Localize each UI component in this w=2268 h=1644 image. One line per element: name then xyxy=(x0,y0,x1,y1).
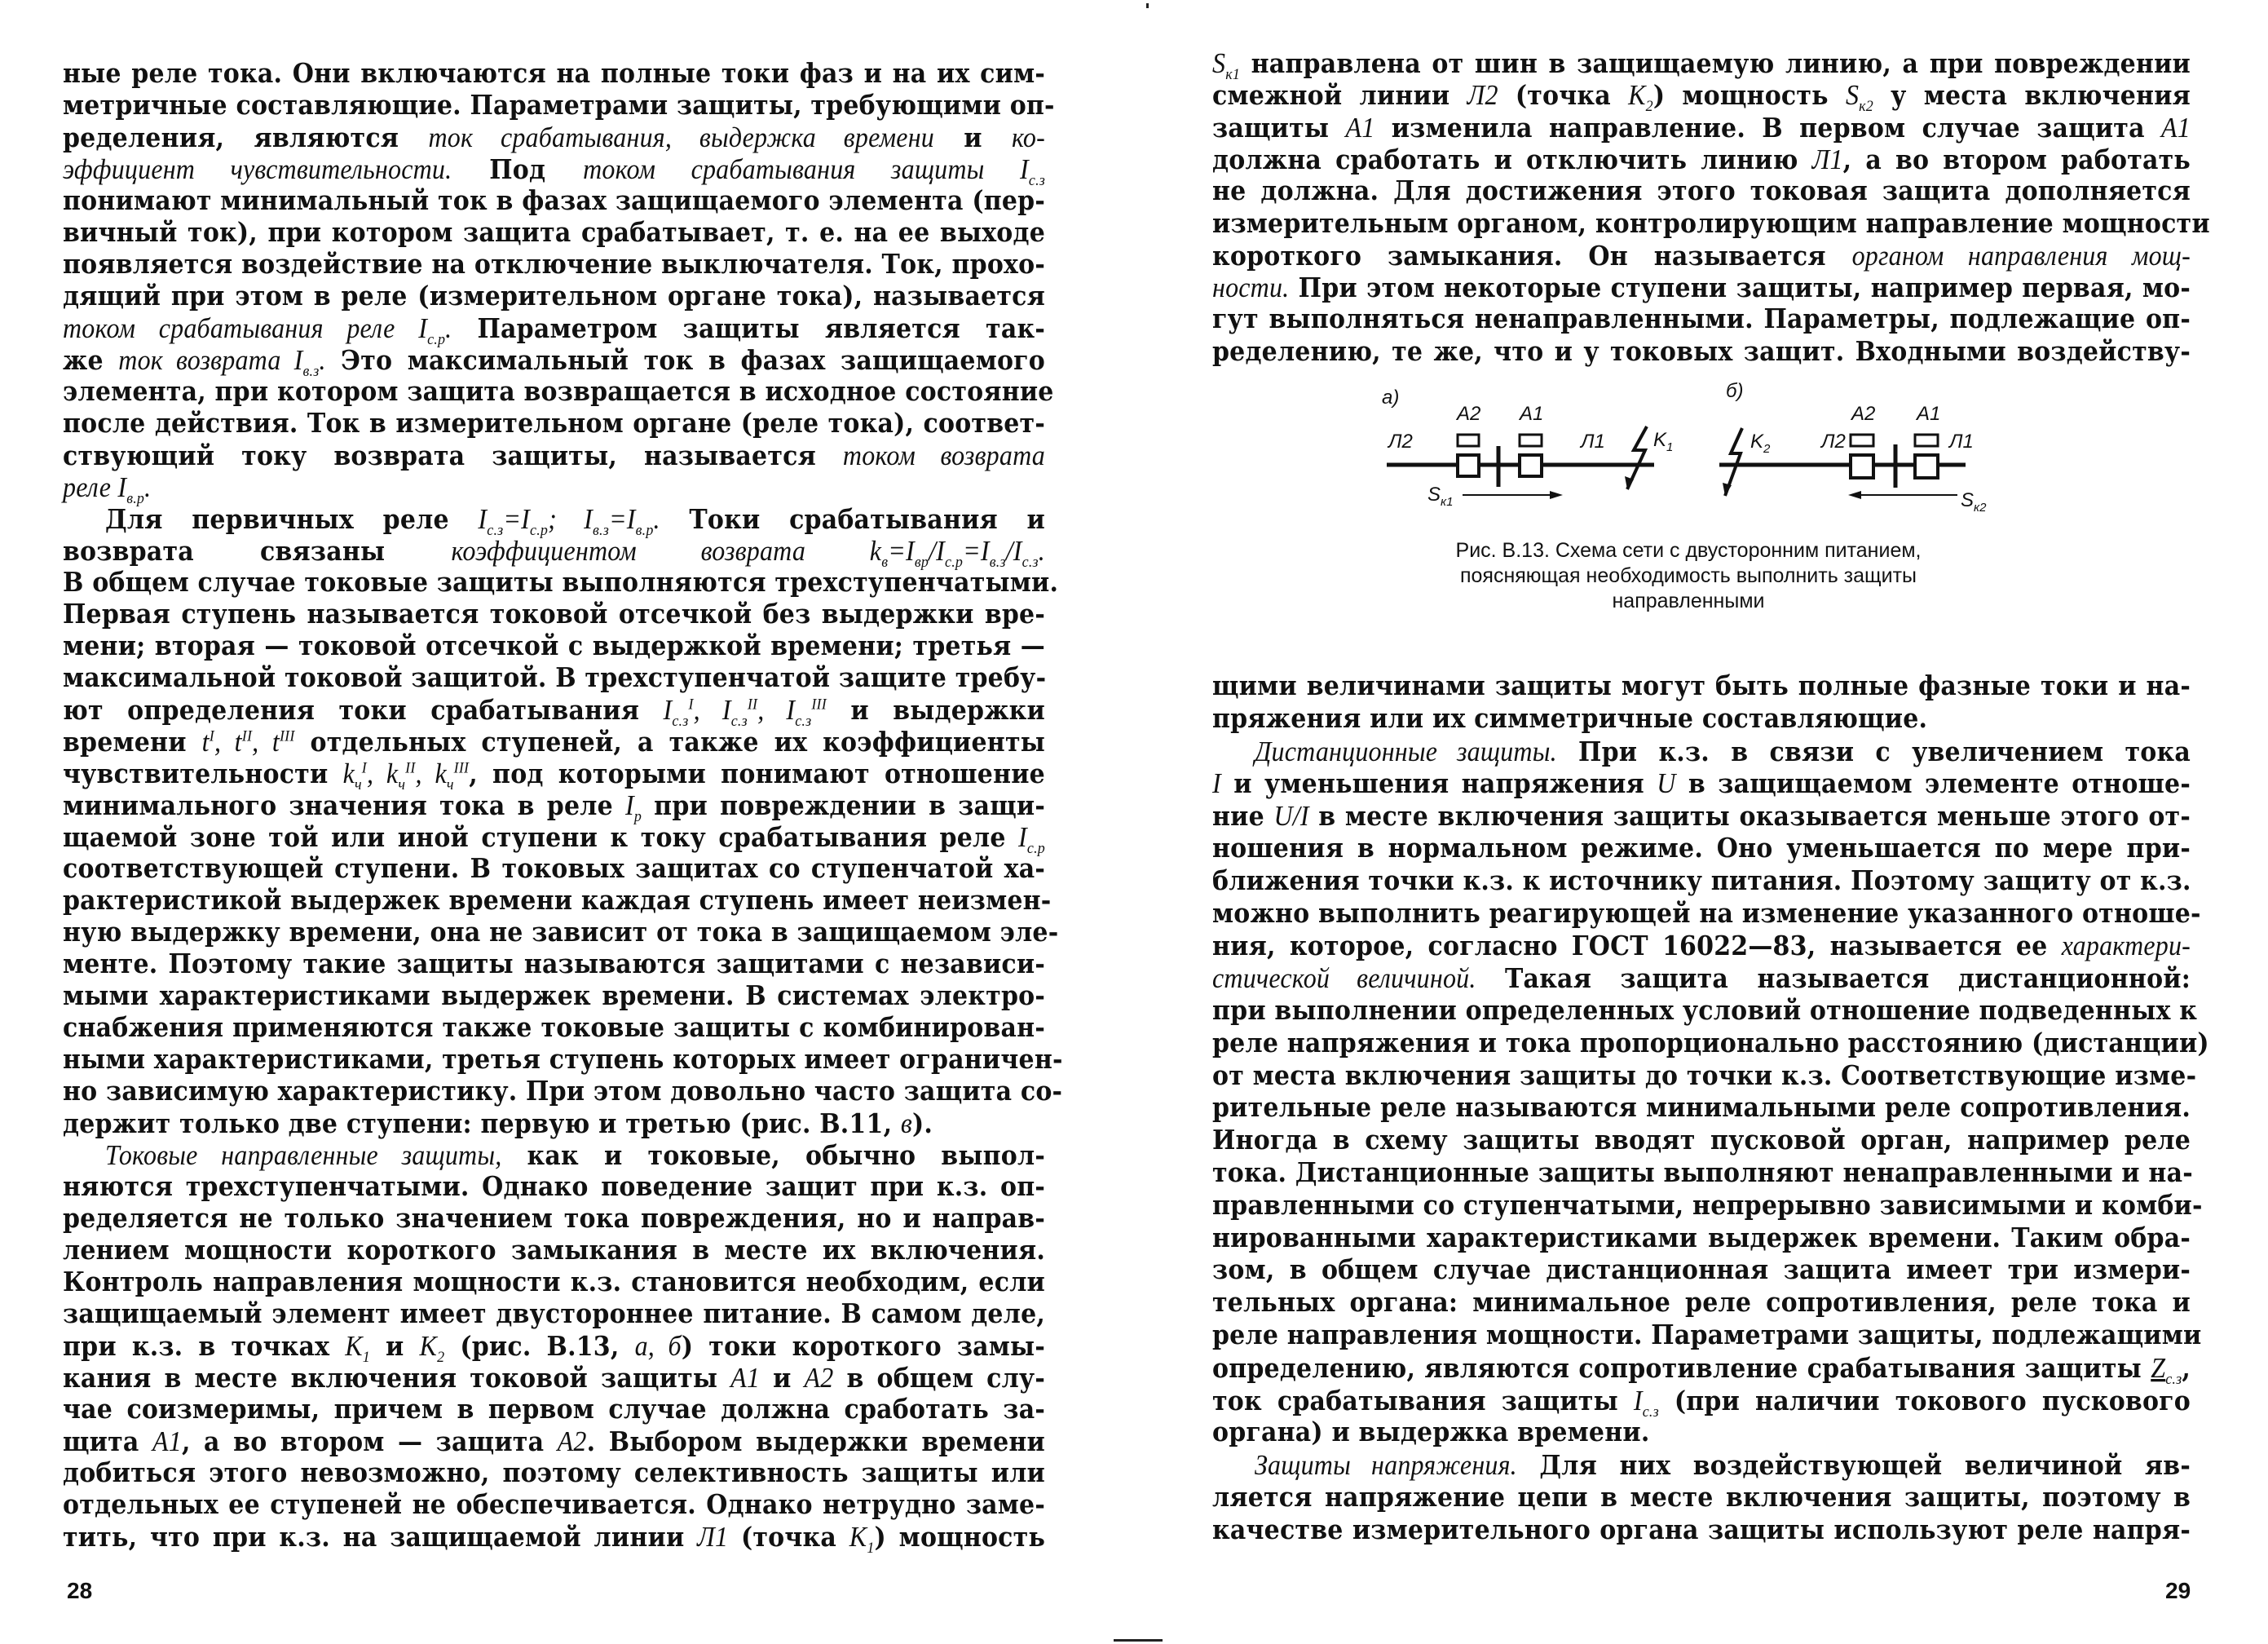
power-sk1-symbol: S xyxy=(1427,484,1441,506)
text-line: нированными характеристиками выдержек вр… xyxy=(1212,1221,2191,1255)
text-line: Защиты напряжения. Для них воздействующе… xyxy=(1212,1448,2191,1483)
caption-line-3: направленными xyxy=(1387,589,1990,614)
panel-a-power-sk1-label: Sк1 xyxy=(1427,484,1453,506)
fault-k1-symbol: K xyxy=(1653,429,1666,451)
text-line: ние U/I в месте включения защиты оказыва… xyxy=(1212,799,2191,833)
text-line: ности. При этом некоторые ступени защиты… xyxy=(1212,271,2191,305)
text-line: ределяется не только значением тока повр… xyxy=(63,1201,1045,1235)
text-line: снабжения применяются также токовые защи… xyxy=(63,1010,1045,1045)
text-line: мени; вторая — токовой отсечкой с выдерж… xyxy=(63,629,1045,663)
text-line: правленными со ступенчатыми, непрерывно … xyxy=(1212,1188,2191,1222)
gutter-mark-bottom xyxy=(1114,1639,1163,1642)
text-line: ния, которое, согласно ГОСТ 16022—83, на… xyxy=(1212,929,2191,963)
text-line: ношения в нормальном режиме. Оно уменьша… xyxy=(1212,831,2191,865)
text-line: тить, что при к.з. на защищаемой линии Л… xyxy=(63,1519,1045,1553)
text-line: соответствующей ступени. В токовых защит… xyxy=(63,851,1045,886)
panel-b-relay-a2-label: A2 xyxy=(1851,403,1875,426)
text-line: тока. Дистанционные защиты выполняют нен… xyxy=(1212,1156,2191,1190)
text-line: от места включения защиты до точки к.з. … xyxy=(1212,1058,2191,1093)
power-sk1-subscript: к1 xyxy=(1441,495,1453,509)
power-sk2-subscript: к2 xyxy=(1974,501,1986,515)
text-line: держит только две ступени: первую и трет… xyxy=(63,1106,1045,1140)
text-line: после действия. Ток в измерительном орга… xyxy=(63,406,1045,440)
text-line: ток срабатывания защиты Iс.з (при наличи… xyxy=(1212,1383,2191,1417)
text-line: защиты A1 изменила направление. В первом… xyxy=(1212,110,2191,144)
text-line: эффициент чувствительности. Под током ср… xyxy=(63,152,1045,186)
text-line: рактеристикой выдержек времени каждая ст… xyxy=(63,883,1045,917)
fault-k1-subscript: 1 xyxy=(1666,440,1673,454)
text-line: чае соизмеримы, причем в первом случае д… xyxy=(63,1392,1045,1426)
fault-k2-subscript: 2 xyxy=(1763,442,1770,456)
text-line: защищаемый элемент имеет двустороннее пи… xyxy=(63,1297,1045,1331)
text-line: максимальной токовой защитой. В трехступ… xyxy=(63,661,1045,695)
text-line: ные реле тока. Они включаются на полные … xyxy=(63,56,1045,91)
text-line: пряжения или их симметричные составляющи… xyxy=(1212,701,2191,736)
text-line: ляется напряжение цепи в месте включения… xyxy=(1212,1480,2191,1514)
text-line: Иногда в схему защиты вводят пусковой ор… xyxy=(1212,1124,2191,1158)
panel-b-power-sk2-label: Sк2 xyxy=(1961,489,1986,512)
power-sk2-symbol: S xyxy=(1961,489,1974,511)
panel-a-relay-a2-label: A2 xyxy=(1457,403,1480,426)
text-line: ределения, являются ток срабатывания, вы… xyxy=(63,120,1045,154)
text-line: элемента, при котором защита возвращаетс… xyxy=(63,374,1045,409)
caption-line-1: Рис. В.13. Схема сети с двусторонним пит… xyxy=(1387,538,1990,563)
text-line: няются трехступенчатыми. Однако поведени… xyxy=(63,1169,1045,1204)
text-line: стической величиной. Такая защита называ… xyxy=(1212,961,2191,996)
right-page-body-text-bottom: щими величинами защиты могут быть полные… xyxy=(1212,670,2191,1567)
text-line: понимают минимальный ток в фазах защищае… xyxy=(63,183,1045,218)
text-line: короткого замыкания. Он называется орган… xyxy=(1212,238,2191,272)
text-line: ными характеристиками, третья ступень ко… xyxy=(63,1042,1045,1076)
text-line: реле Iв.р. xyxy=(63,470,1045,504)
text-line: тельных органа: минимальное реле сопроти… xyxy=(1212,1286,2191,1320)
text-line: измерительным органом, контролирующим на… xyxy=(1212,206,2191,241)
text-line: вичный ток), при котором защита срабатыв… xyxy=(63,215,1045,250)
panel-b-fault-k2-label: K2 xyxy=(1750,431,1770,453)
fault-k2-symbol: K xyxy=(1750,431,1763,453)
text-line: кания в месте включения токовой защиты A… xyxy=(63,1360,1045,1394)
text-line: Первая ступень называется токовой отсечк… xyxy=(63,597,1045,631)
text-line: определению, являются сопротивление сраб… xyxy=(1212,1350,2191,1385)
text-line: током срабатывания реле Iс.р. Параметром… xyxy=(63,311,1045,345)
text-line: не должна. Для достижения этого токовая … xyxy=(1212,175,2191,209)
text-line: реле напряжения и тока пропорционально р… xyxy=(1212,1026,2191,1060)
text-line: органа) и выдержка времени. xyxy=(1212,1416,2191,1450)
right-page-body-text-top: Sк1 направлена от шин в защищаемую линию… xyxy=(1212,47,2191,373)
text-line: Контроль направления мощности к.з. стано… xyxy=(63,1265,1045,1299)
panel-b-line-l1-label: Л1 xyxy=(1949,431,1974,453)
figure-b13-caption: Рис. В.13. Схема сети с двусторонним пит… xyxy=(1387,538,1990,614)
panel-b-line-l2-label: Л2 xyxy=(1821,431,1846,453)
text-line: щита A1, а во втором — защита A2. Выборо… xyxy=(63,1424,1045,1458)
gutter-mark-top xyxy=(1146,3,1149,8)
text-line: добиться этого невозможно, поэтому селек… xyxy=(63,1456,1045,1490)
text-line: Токовые направленные защиты, как и токов… xyxy=(63,1138,1045,1172)
text-line: ближения точки к.з. к источнику питания.… xyxy=(1212,864,2191,898)
text-line: гут выполняться ненаправленными. Парамет… xyxy=(1212,303,2191,337)
text-line: щаемой зоне той или иной ступени к току … xyxy=(63,820,1045,854)
text-line: ную выдержку времени, она не зависит от … xyxy=(63,915,1045,949)
text-line: дящий при этом в реле (измерительном орг… xyxy=(63,279,1045,313)
text-line: возврата связаны коэффициентом возврата … xyxy=(63,533,1045,568)
text-line: отдельных ее ступеней не обеспечивается.… xyxy=(63,1487,1045,1522)
text-line: щими величинами защиты могут быть полные… xyxy=(1212,669,2191,703)
text-line: лением мощности короткого замыкания в ме… xyxy=(63,1233,1045,1267)
text-line: появляется воздействие на отключение вык… xyxy=(63,247,1045,281)
text-line: при выполнении определенных условий отно… xyxy=(1212,993,2191,1027)
page-number-right: 29 xyxy=(2165,1578,2191,1604)
panel-a-relay-a1-label: A1 xyxy=(1520,403,1543,426)
left-page-body-text: ные реле тока. Они включаются на полные … xyxy=(63,58,1045,1558)
text-line: В общем случае токовые защиты выполняютс… xyxy=(63,565,1045,599)
text-line: можно выполнить реагирующей на изменение… xyxy=(1212,896,2191,930)
text-line: ределению, те же, что и у токовых защит.… xyxy=(1212,334,2191,369)
page-number-left: 28 xyxy=(67,1578,92,1604)
text-line: чувствительности kчI, kчII, kчIII, под к… xyxy=(63,756,1045,790)
text-line: Дистанционные защиты. При к.з. в связи с… xyxy=(1212,734,2191,768)
text-line: Sк1 направлена от шин в защищаемую линию… xyxy=(1212,46,2191,80)
panel-a-line-l2-label: Л2 xyxy=(1388,431,1413,453)
text-line: времени tI, tII, tIII отдельных ступеней… xyxy=(63,724,1045,758)
text-line: минимального значения тока в реле Iр при… xyxy=(63,788,1045,822)
text-line: смежной линии Л2 (точка K2) мощность Sк2… xyxy=(1212,78,2191,113)
text-line: менте. Поэтому такие защиты называются з… xyxy=(63,947,1045,981)
text-line: должна сработать и отключить линию Л1, а… xyxy=(1212,142,2191,176)
panel-b-relay-a1-label: A1 xyxy=(1917,403,1940,426)
caption-line-2: поясняющая необходимость выполнить защит… xyxy=(1387,563,1990,589)
text-line: рительные реле называются минимальными р… xyxy=(1212,1091,2191,1125)
text-line: но зависимую характеристику. При этом до… xyxy=(63,1074,1045,1108)
panel-a-label: а) xyxy=(1382,387,1399,409)
panel-a-fault-k1-label: K1 xyxy=(1653,429,1673,452)
text-line: при к.з. в точках K1 и K2 (рис. В.13, а,… xyxy=(63,1328,1045,1363)
panel-a-line-l1-label: Л1 xyxy=(1581,431,1605,453)
text-line: ствующий току возврата защиты, называетс… xyxy=(63,438,1045,472)
text-line: ют определения токи срабатывания Iс.зI, … xyxy=(63,692,1045,727)
right-page: Sк1 направлена от шин в защищаемую линию… xyxy=(1134,0,2268,1644)
text-line: метричные составляющие. Параметрами защи… xyxy=(63,88,1045,122)
text-line: мыми характеристиками выдержек времени. … xyxy=(63,979,1045,1013)
text-line: качестве измерительного органа защиты ис… xyxy=(1212,1513,2191,1547)
text-line: Для первичных реле Iс.з=Iс.р; Iв.з=Iв.р.… xyxy=(63,502,1045,536)
text-line: I и уменьшения напряжения U в защищаемом… xyxy=(1212,767,2191,801)
left-page: ные реле тока. Они включаются на полные … xyxy=(0,0,1134,1644)
panel-b-label: б) xyxy=(1726,380,1744,403)
text-line: реле направления мощности. Параметрами з… xyxy=(1212,1318,2191,1352)
figure-b13-network-diagram: а) A2 A1 Л2 Л1 K1 Sк1 б) A2 A1 Л2 Л1 K2 … xyxy=(1379,383,2031,522)
text-line: зом, в общем случае дистанционная защита… xyxy=(1212,1253,2191,1288)
text-line: же ток возврата Iв.з. Это максимальный т… xyxy=(63,342,1045,377)
